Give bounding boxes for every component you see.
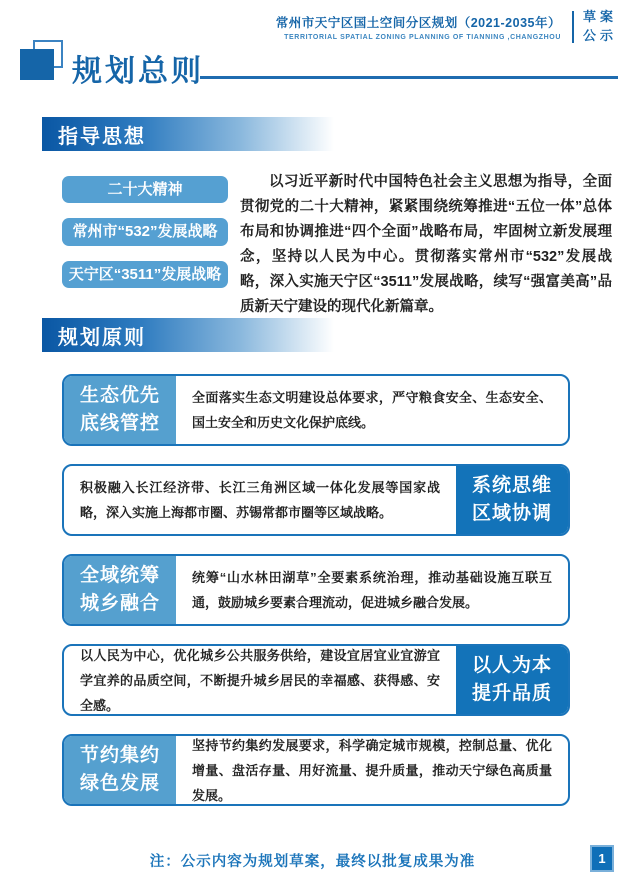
page-number-badge: 1 (590, 845, 614, 872)
page-title: 规划总则 (72, 46, 204, 90)
header-divider (572, 11, 574, 43)
tag-changzhou-532-strategy: 常州市“532”发展战略 (62, 218, 228, 245)
principle-label-line2: 底线管控 (80, 410, 160, 439)
principle-label-line2: 区域协调 (472, 500, 552, 529)
principle-card-green-development: 节约集约 绿色发展 坚持节约集约发展要求，科学确定城市规模，控制总量、优化增量、… (62, 734, 570, 806)
principle-label-line1: 生态优先 (80, 382, 160, 411)
principle-card-people-first: 以人民为中心，优化城乡公共服务供给，建设宜居宜业宜游宜学宜养的品质空间，不断提升… (62, 644, 570, 716)
section-heading-principles: 规划原则 (42, 318, 334, 352)
principle-text: 积极融入长江经济带、长江三角洲区域一体化发展等国家战略，深入实施上海都市圈、苏锡… (64, 466, 456, 534)
principle-text: 坚持节约集约发展要求，科学确定城市规模，控制总量、优化增量、盘活存量、用好流量、… (176, 736, 568, 804)
principle-card-regional: 积极融入长江经济带、长江三角洲区域一体化发展等国家战略，深入实施上海都市圈、苏锡… (62, 464, 570, 536)
guiding-ideology-paragraph: 以习近平新时代中国特色社会主义思想为指导，全面贯彻党的二十大精神，紧紧围绕统筹推… (240, 170, 612, 320)
square-filled-icon (20, 49, 54, 80)
tag-spirit-of-20th-congress: 二十大精神 (62, 176, 228, 203)
squares-icon (20, 40, 68, 84)
principle-label-line2: 城乡融合 (80, 590, 160, 619)
principle-label: 生态优先 底线管控 (64, 376, 176, 444)
title-underline (200, 76, 618, 79)
principle-card-ecology: 生态优先 底线管控 全面落实生态文明建设总体要求，严守粮食安全、生态安全、国土安… (62, 374, 570, 446)
principle-label-line2: 绿色发展 (80, 770, 160, 799)
principle-label-line1: 全域统筹 (80, 562, 160, 591)
header-titles: 常州市天宁区国土空间分区规划（2021-2035年） TERRITORIAL S… (276, 13, 561, 41)
principle-label: 系统思维 区域协调 (456, 466, 568, 534)
draft-notice-line1: 草案 (583, 8, 617, 27)
strategy-tags: 二十大精神 常州市“532”发展战略 天宁区“3511”发展战略 (62, 176, 228, 288)
draft-disclaimer-note: 注：公示内容为规划草案，最终以批复成果为准 (0, 850, 625, 871)
principle-label-line1: 节约集约 (80, 742, 160, 771)
principle-text: 统筹“山水林田湖草”全要素系统治理，推动基础设施互联互通，鼓励城乡要素合理流动，… (176, 556, 568, 624)
principle-text: 以人民为中心，优化城乡公共服务供给，建设宜居宜业宜游宜学宜养的品质空间，不断提升… (64, 646, 456, 714)
principle-label-line1: 以人为本 (472, 652, 552, 681)
page-title-row: 规划总则 (20, 40, 617, 88)
principle-card-urban-rural: 全域统筹 城乡融合 统筹“山水林田湖草”全要素系统治理，推动基础设施互联互通，鼓… (62, 554, 570, 626)
tag-tianning-3511-strategy: 天宁区“3511”发展战略 (62, 261, 228, 288)
principle-label-line1: 系统思维 (472, 472, 552, 501)
principle-label-line2: 提升品质 (472, 680, 552, 709)
document-title: 常州市天宁区国土空间分区规划（2021-2035年） (276, 13, 561, 31)
section-heading-guiding: 指导思想 (42, 117, 334, 151)
principles-list: 生态优先 底线管控 全面落实生态文明建设总体要求，严守粮食安全、生态安全、国土安… (62, 374, 570, 824)
principle-label: 节约集约 绿色发展 (64, 736, 176, 804)
principle-text: 全面落实生态文明建设总体要求，严守粮食安全、生态安全、国土安全和历史文化保护底线… (176, 376, 568, 444)
principle-label: 以人为本 提升品质 (456, 646, 568, 714)
principle-label: 全域统筹 城乡融合 (64, 556, 176, 624)
